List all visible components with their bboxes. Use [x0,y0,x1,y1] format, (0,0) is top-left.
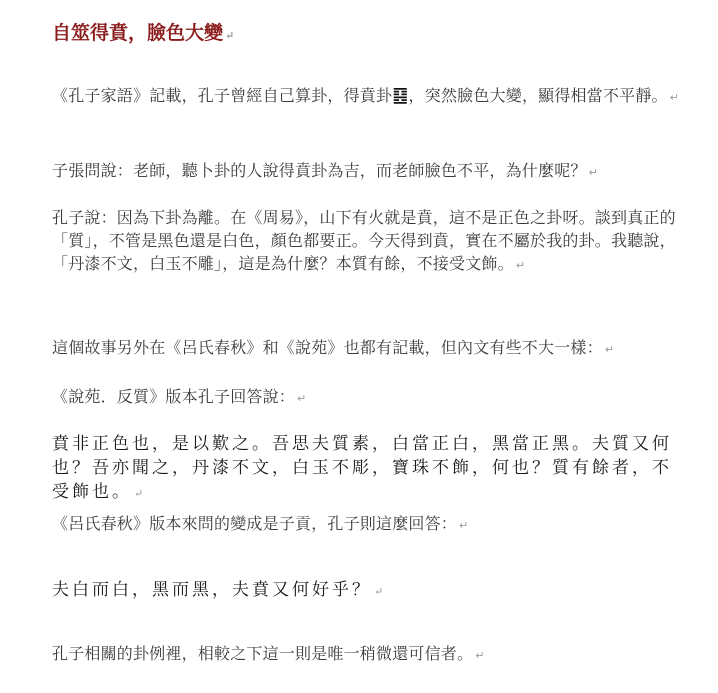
paragraph-text: 《說苑．反質》版本孔子回答說： [52,387,295,406]
paragraph-text: 這個故事另外在《呂氏春秋》和《說苑》也都有記載，但內文有些不大一樣： [52,338,603,357]
paragraph-mark-icon: ↵ [459,519,468,532]
paragraph-shuoyuan-intro: 《說苑．反質》版本孔子回答說：↵ [52,385,682,410]
paragraph-mark-icon: ↵ [589,166,598,179]
paragraph-mark-icon: ↵ [225,29,234,42]
paragraph-mark-icon: ↵ [475,649,484,662]
hexagram-bi-icon: ䷕ [392,85,408,106]
paragraph-text: 《孔子家語》記載，孔子曾經自己算卦，得賁卦 [52,86,392,105]
quote-text: 賁非正色也，是以歎之。吾思夫質素，白當正白，黑當正黑。夫質又何也？吾亦聞之，丹漆… [52,434,672,502]
paragraph-lushi-intro: 《呂氏春秋》版本來問的變成是子貢，孔子則這麼回答：↵ [52,512,682,537]
quote-lushi: 夫白而白，黑而黑，夫賁又何好乎？↵ [52,578,682,604]
article-title: 自筮得賁，臉色大變↵ [52,20,234,49]
paragraph-mark-icon: ↵ [605,343,614,356]
paragraph-text: 《呂氏春秋》版本來問的變成是子貢，孔子則這麼回答： [52,514,457,533]
paragraph-text: ，突然臉色大變，顯得相當不平靜。 [409,86,668,105]
quote-text: 夫白而白，黑而黑，夫賁又何好乎？ [52,580,372,600]
paragraph-conclusion: 孔子相關的卦例裡，相較之下這一則是唯一稍微還可信者。↵ [52,642,682,667]
paragraph-other-sources: 這個故事另外在《呂氏春秋》和《說苑》也都有記載，但內文有些不大一樣：↵ [52,336,682,361]
paragraph-text: 孔子說：因為下卦為離。在《周易》，山下有火就是賁，這不是正色之卦呀。談到真正的「… [52,208,676,273]
paragraph-family-sayings: 《孔子家語》記載，孔子曾經自己算卦，得賁卦䷕，突然臉色大變，顯得相當不平靜。↵ [52,84,682,109]
paragraph-mark-icon: ↵ [670,91,679,104]
paragraph-confucius-answer: 孔子說：因為下卦為離。在《周易》，山下有火就是賁，這不是正色之卦呀。談到真正的「… [52,206,682,277]
paragraph-mark-icon: ↵ [516,259,525,272]
paragraph-mark-icon: ↵ [297,392,306,405]
paragraph-mark-icon: ↵ [374,585,383,598]
paragraph-text: 孔子相關的卦例裡，相較之下這一則是唯一稍微還可信者。 [52,644,473,663]
paragraph-mark-icon: ↵ [134,487,143,500]
title-text: 自筮得賁，臉色大變 [52,22,223,44]
quote-shuoyuan: 賁非正色也，是以歎之。吾思夫質素，白當正白，黑當正黑。夫質又何也？吾亦聞之，丹漆… [52,432,682,506]
paragraph-text: 子張問說：老師，聽卜卦的人說得賁卦為吉，而老師臉色不平，為什麼呢？ [52,161,587,180]
paragraph-zizhang-question: 子張問說：老師，聽卜卦的人說得賁卦為吉，而老師臉色不平，為什麼呢？↵ [52,159,682,184]
